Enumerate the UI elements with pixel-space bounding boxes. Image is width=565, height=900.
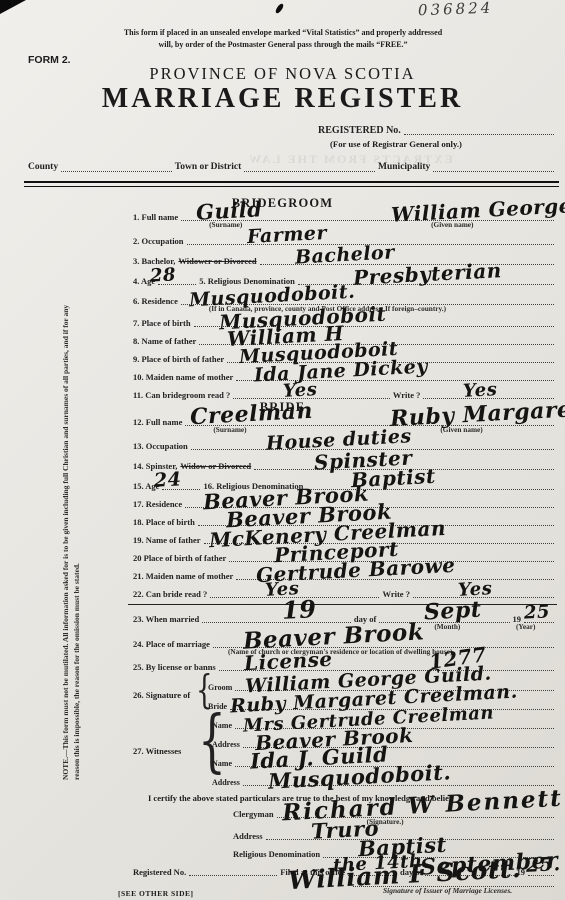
groom-surname-value: Guild [196, 198, 263, 222]
postal-notice-line2: will, by order of the Postmaster General… [78, 39, 488, 51]
clergyman-denomination-label: Religious Denomination [233, 850, 320, 859]
can-read-label: 11. Can bridegroom read ? [133, 391, 230, 400]
spinster-struck-label: Widow or Divorced [180, 462, 251, 471]
when-married-label: 23. When married [133, 615, 199, 624]
field-birthplace-groom: 7. Place of birth Musquodoboit [133, 319, 557, 328]
town-line [244, 169, 375, 172]
witness1-name-label: Name [212, 722, 232, 730]
bride-surname-value: Creelman [190, 399, 314, 427]
field-full-name-bride: 12. Full name (Surname) (Given name) Cre… [133, 418, 557, 427]
place-of-marriage-line: (Name of church or clergyman's residence… [213, 645, 554, 648]
place-of-marriage-label: 24. Place of marriage [133, 640, 210, 649]
county-label: County [28, 163, 58, 173]
clergyman-address-label: Address [233, 832, 263, 841]
field-clergyman: Clergyman (Signature.) Richard W Bennett [233, 810, 557, 819]
field-issuer-signature: William F Scott. Signature of Issuer of … [350, 884, 557, 888]
registrar-only-note: (For use of Registrar General only.) [330, 139, 462, 149]
field-marital-bride: 14. Spinster, Widow or Divorced Spinster [133, 462, 557, 471]
groom-age-value: 28 [150, 266, 177, 285]
witness2-address-line: Musquodoboit. [243, 783, 554, 786]
signature-of-label: 26. Signature of [133, 691, 190, 700]
when-married-day-line: 19 [202, 620, 351, 623]
see-other-side: [SEE OTHER SIDE] [118, 889, 194, 898]
field-read-write-bride: 22. Can bride read ? Yes Write ? Yes [133, 590, 557, 599]
birthplace-label: 7. Place of birth [133, 319, 191, 328]
witnesses-label: 27. Witnesses [133, 747, 181, 756]
county-row: County Town or District Municipality [28, 163, 557, 173]
married-month-value: Sept [424, 598, 483, 623]
filed-year-line: 25. [528, 873, 554, 876]
groom-occupation-value: Farmer [246, 223, 327, 246]
can-write-label: Write ? [393, 391, 420, 400]
mother-name-label: 10. Maiden name of mother [133, 373, 233, 382]
father-birthplace-label: 9. Place of birth of father [133, 355, 224, 364]
postal-notice-line1: This form if placed in an unsealed envel… [78, 27, 488, 39]
clergyman-label: Clergyman [233, 810, 274, 819]
witness2-address-label: Address [212, 779, 240, 787]
field-mother-bride: 21. Maiden name of mother Gertrude Barow… [133, 572, 557, 581]
municipality-label: Municipality [378, 163, 430, 173]
field-read-write-groom: 11. Can bridegroom read ? Yes Write ? Ye… [133, 391, 557, 400]
age-line: 28 [158, 282, 196, 285]
occupation-label: 2. Occupation [133, 237, 184, 246]
issuer-signature-line: William F Scott. Signature of Issuer of … [353, 884, 554, 887]
married-day-value: 19 [282, 597, 318, 623]
issuer-caption: Signature of Issuer of Marriage Licenses… [383, 886, 512, 895]
full-name-line: (Surname) (Given name) Guild William Geo… [181, 218, 554, 221]
scan-artifact-corner [0, 0, 26, 14]
bride-occupation-label: 13. Occupation [133, 442, 188, 451]
bachelor-struck-label: Widower or Divorced [178, 257, 256, 266]
when-married-year-line: (Year) 25 [524, 620, 554, 623]
field-witness2-address: Address Musquodoboit. [212, 779, 557, 787]
page-title: MARRIAGE REGISTER [0, 83, 565, 115]
groom-write-value: Yes [463, 381, 498, 401]
filed-registered-no-line [189, 873, 277, 876]
witness1-address-label: Address [212, 741, 240, 749]
marriage-register-document: 036824 This form if placed in an unseale… [0, 0, 565, 900]
married-year-value: 25 [524, 603, 551, 622]
bride-age-value: 24 [154, 470, 182, 490]
witness2-name-label: Name [212, 760, 232, 768]
bride-mother-label: 21. Maiden name of mother [133, 572, 233, 581]
serial-number: 036824 [418, 1, 494, 19]
clergyman-line: (Signature.) Richard W Bennett [277, 815, 554, 818]
bride-can-write-line: Yes [413, 595, 554, 598]
registered-no-label: REGISTERED No. [318, 126, 401, 136]
bride-residence-label: 17. Residence [133, 500, 182, 509]
bride-father-label: 19. Name of father [133, 536, 201, 545]
field-full-name-groom: 1. Full name (Surname) (Given name) Guil… [133, 213, 557, 222]
bride-full-name-line: (Surname) (Given name) Creelman Ruby Mar… [185, 423, 554, 426]
postal-notice: This form if placed in an unsealed envel… [78, 27, 488, 50]
bride-age-line: 24 [162, 487, 200, 490]
groom-signature-label: Groom [208, 684, 232, 692]
pen-mark [274, 3, 284, 15]
registered-no-row: REGISTERED No. [318, 126, 557, 136]
registered-no-line [404, 132, 554, 135]
bride-full-name-label: 12. Full name [133, 418, 182, 427]
full-name-label: 1. Full name [133, 213, 178, 222]
field-place-of-marriage: 24. Place of marriage (Name of church or… [133, 640, 557, 649]
bride-can-read-label: 22. Can bride read ? [133, 590, 207, 599]
municipality-line [433, 169, 554, 172]
filed-year-value: 25. [526, 855, 562, 876]
province-title: PROVINCE OF NOVA SCOTIA [0, 64, 565, 84]
residence-label: 6. Residence [133, 297, 178, 306]
bride-father-birthplace-label: 20 Place of birth of father [133, 554, 226, 563]
filed-registered-no-label: Registered No. [133, 868, 186, 877]
bride-can-write-label: Write ? [382, 590, 409, 599]
bride-birthplace-label: 18. Place of birth [133, 518, 195, 527]
section-rule [128, 604, 557, 605]
license-value: License [243, 648, 333, 673]
county-line [61, 169, 172, 172]
father-name-label: 8. Name of father [133, 337, 196, 346]
groom-religion-value: Presbyterian [352, 260, 502, 288]
double-rule [24, 181, 559, 187]
margin-note: NOTE.—This form must not be mutilated. A… [60, 290, 83, 780]
town-label: Town or District [175, 163, 242, 173]
